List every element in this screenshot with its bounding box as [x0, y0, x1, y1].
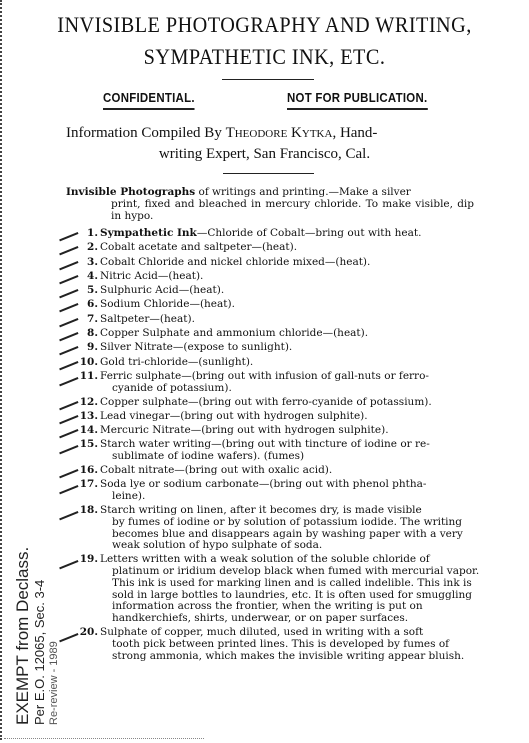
list-item: 1.Sympathetic Ink—Chloride of Cobalt—bri… — [66, 226, 486, 240]
list-item: 14.Mercuric Nitrate—(bring out with hydr… — [66, 423, 486, 437]
author-location-line: writing Expert, San Francisco, Cal. — [0, 144, 529, 165]
item-text: Letters written with a weak solution of … — [100, 554, 486, 625]
item-body: Copper Sulphate and ammonium chloride—(h… — [100, 327, 368, 339]
intro-lead: Invisible Photographs — [66, 186, 195, 198]
section-divider — [223, 173, 314, 174]
list-item: 18.Starch writing on linen, after it bec… — [66, 505, 486, 552]
stamp-line-2: Per E.O. 12065, Sec. 3-4 — [32, 547, 48, 725]
item-text: Cobalt Chloride and nickel chloride mixe… — [100, 255, 486, 269]
compiled-by-line: Information Compiled By Theodore Kytka, … — [66, 123, 486, 144]
list-item: 6.Sodium Chloride—(heat). — [66, 297, 486, 311]
item-number: 14. — [76, 423, 98, 437]
item-number: 19. — [76, 554, 98, 566]
item-body: Silver Nitrate—(expose to sunlight). — [100, 341, 292, 353]
list-item: 17.Soda lye or sodium carbonate—(bring o… — [66, 479, 486, 503]
item-body: Saltpeter—(heat). — [100, 313, 195, 325]
list-item: 2.Cobalt acetate and saltpeter—(heat). — [66, 240, 486, 254]
item-body: Cobalt acetate and saltpeter—(heat). — [100, 241, 297, 253]
item-number: 4. — [76, 269, 98, 283]
item-continuation: sublimate of iodine wafers). (fumes) — [100, 451, 486, 463]
item-number: 8. — [76, 326, 98, 340]
list-item: 7.Saltpeter—(heat). — [66, 312, 486, 326]
list-item: 4.Nitric Acid—(heat). — [66, 269, 486, 283]
item-number: 5. — [76, 283, 98, 297]
item-body: Mercuric Nitrate—(bring out with hydroge… — [100, 424, 389, 436]
list-item: 12.Copper sulphate—(bring out with ferro… — [66, 395, 486, 409]
intro-continuation: print, fixed and bleached in mercury chl… — [66, 198, 474, 222]
confidential-label: CONFIDENTIAL. — [103, 90, 195, 110]
item-text: Copper sulphate—(bring out with ferro-cy… — [100, 395, 486, 409]
compiled-by-suffix: , Hand- — [332, 125, 377, 141]
item-text: Sulphate of copper, much diluted, used i… — [100, 627, 486, 662]
item-body: Ferric sulphate—(bring out with infusion… — [100, 370, 429, 382]
stamp-line-1: EXEMPT from Declass. — [14, 547, 32, 725]
item-body: Cobalt nitrate—(bring out with oxalic ac… — [100, 464, 332, 476]
ink-method-list: 1.Sympathetic Ink—Chloride of Cobalt—bri… — [66, 226, 486, 662]
item-body: Soda lye or sodium carbonate—(bring out … — [100, 478, 426, 490]
list-item: 9.Silver Nitrate—(expose to sunlight). — [66, 340, 486, 354]
item-number: 3. — [76, 255, 98, 269]
stamp-line-3: Re-review - 1989 — [48, 547, 61, 725]
item-body: Letters written with a weak solution of … — [100, 553, 430, 565]
item-number: 13. — [76, 409, 98, 423]
item-text: Nitric Acid—(heat). — [100, 269, 486, 283]
item-body: Lead vinegar—(bring out with hydrogen su… — [100, 410, 368, 422]
item-lead: Sympathetic Ink — [100, 227, 197, 239]
item-body: Starch writing on linen, after it become… — [100, 504, 422, 516]
item-body: —Chloride of Cobalt—bring out with heat. — [197, 227, 422, 239]
list-item: 3.Cobalt Chloride and nickel chloride mi… — [66, 255, 486, 269]
item-text: Starch water writing—(bring out with tin… — [100, 439, 486, 463]
item-number: 17. — [76, 479, 98, 491]
item-text: Ferric sulphate—(bring out with infusion… — [100, 371, 486, 395]
document-title-line-2: SYMPATHETIC INK, ETC. — [21, 44, 508, 70]
item-continuation: cyanide of potassium). — [100, 383, 486, 395]
item-text: Starch writing on linen, after it become… — [100, 505, 486, 552]
author-name: Theodore Kytka — [226, 125, 333, 141]
item-body: Nitric Acid—(heat). — [100, 270, 203, 282]
item-text: Saltpeter—(heat). — [100, 312, 486, 326]
document-title-line-1: INVISIBLE PHOTOGRAPHY AND WRITING, — [21, 12, 508, 38]
item-number: 6. — [76, 297, 98, 311]
list-item: 5.Sulphuric Acid—(heat). — [66, 283, 486, 297]
item-body: Starch water writing—(bring out with tin… — [100, 438, 430, 450]
item-continuation: platinum or iridium develop black when f… — [100, 566, 486, 625]
item-body: Sulphate of copper, much diluted, used i… — [100, 626, 423, 638]
item-text: Sulphuric Acid—(heat). — [100, 283, 486, 297]
declassification-stamp: EXEMPT from Declass. Per E.O. 12065, Sec… — [14, 547, 61, 725]
item-continuation: leine). — [100, 491, 486, 503]
item-number: 18. — [76, 505, 98, 517]
page-bottom-edge — [4, 738, 204, 739]
item-text: Lead vinegar—(bring out with hydrogen su… — [100, 409, 486, 423]
item-text: Gold tri-chloride—(sunlight). — [100, 355, 486, 369]
page-edge — [0, 0, 6, 740]
list-item: 11.Ferric sulphate—(bring out with infus… — [66, 371, 486, 395]
list-item: 16.Cobalt nitrate—(bring out with oxalic… — [66, 463, 486, 477]
item-body: Gold tri-chloride—(sunlight). — [100, 356, 253, 368]
item-body: Cobalt Chloride and nickel chloride mixe… — [100, 256, 370, 268]
list-item: 8.Copper Sulphate and ammonium chloride—… — [66, 326, 486, 340]
item-number: 2. — [76, 240, 98, 254]
list-item: 15.Starch water writing—(bring out with … — [66, 439, 486, 463]
item-number: 10. — [76, 355, 98, 369]
item-text: Cobalt acetate and saltpeter—(heat). — [100, 240, 486, 254]
item-text: Silver Nitrate—(expose to sunlight). — [100, 340, 486, 354]
item-number: 12. — [76, 395, 98, 409]
item-text: Cobalt nitrate—(bring out with oxalic ac… — [100, 463, 486, 477]
item-text: Mercuric Nitrate—(bring out with hydroge… — [100, 423, 486, 437]
item-body: Sulphuric Acid—(heat). — [100, 284, 224, 296]
compiled-by-prefix: Information Compiled By — [66, 125, 226, 141]
item-number: 20. — [76, 627, 98, 639]
list-item: 20.Sulphate of copper, much diluted, use… — [66, 627, 486, 662]
item-number: 11. — [76, 371, 98, 383]
item-text: Soda lye or sodium carbonate—(bring out … — [100, 479, 486, 503]
item-number: 1. — [76, 226, 98, 240]
item-number: 15. — [76, 439, 98, 451]
item-number: 9. — [76, 340, 98, 354]
intro-text: of writings and printing.—Make a silver — [195, 186, 411, 198]
item-continuation: by fumes of iodine or by solution of pot… — [100, 517, 486, 552]
list-item: 13.Lead vinegar—(bring out with hydrogen… — [66, 409, 486, 423]
item-text: Sodium Chloride—(heat). — [100, 297, 486, 311]
item-continuation: tooth pick between printed lines. This i… — [100, 639, 486, 663]
item-body: Copper sulphate—(bring out with ferro-cy… — [100, 396, 432, 408]
item-text: Copper Sulphate and ammonium chloride—(h… — [100, 326, 486, 340]
item-number: 16. — [76, 463, 98, 477]
list-item: 10.Gold tri-chloride—(sunlight). — [66, 355, 486, 369]
list-item: 19.Letters written with a weak solution … — [66, 554, 486, 625]
item-number: 7. — [76, 312, 98, 326]
document-page: INVISIBLE PHOTOGRAPHY AND WRITING, SYMPA… — [0, 0, 529, 743]
item-body: Sodium Chloride—(heat). — [100, 298, 235, 310]
not-for-publication-label: NOT FOR PUBLICATION. — [287, 90, 427, 110]
intro-paragraph: Invisible Photographs of writings and pr… — [66, 186, 474, 222]
item-text: Sympathetic Ink—Chloride of Cobalt—bring… — [100, 226, 486, 240]
title-divider — [222, 79, 314, 80]
